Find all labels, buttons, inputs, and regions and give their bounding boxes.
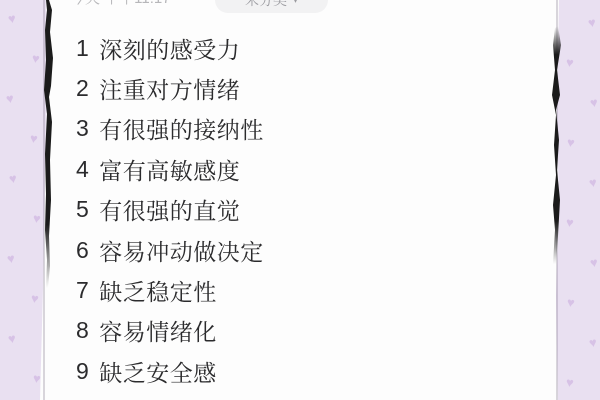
list-item: 9 缺乏安全感: [76, 351, 264, 391]
category-selector-button[interactable]: 未分类 ▾: [215, 0, 328, 13]
list-item: 8 容易情绪化: [76, 311, 264, 351]
item-number: 7: [76, 277, 89, 304]
item-number: 9: [76, 358, 89, 385]
item-text: 富有高敏感度: [99, 153, 240, 186]
note-meta-row: 今天 中午11:17 未分类 ▾: [0, 0, 600, 16]
list-item: 7 缺乏稳定性: [76, 270, 264, 310]
item-text: 有很强的直觉: [99, 193, 240, 226]
list-item: 3 有很强的接纳性: [76, 109, 264, 149]
item-text: 缺乏安全感: [99, 355, 217, 388]
note-timestamp: 今天 中午11:17: [70, 0, 171, 7]
item-number: 4: [76, 156, 89, 183]
item-number: 3: [76, 115, 89, 142]
list-item: 2 注重对方情绪: [76, 68, 264, 108]
trait-list: 1 深刻的感受力 2 注重对方情绪 3 有很强的接纳性 4 富有高敏感度 5 有…: [76, 28, 264, 392]
item-text: 容易冲动做决定: [99, 234, 264, 267]
list-item: 4 富有高敏感度: [76, 149, 264, 189]
item-text: 深刻的感受力: [99, 32, 240, 65]
list-item: 5 有很强的直觉: [76, 190, 264, 230]
item-number: 5: [76, 196, 89, 223]
list-item: 1 深刻的感受力: [76, 28, 264, 68]
list-item: 6 容易冲动做决定: [76, 230, 264, 270]
item-text: 有很强的接纳性: [99, 112, 264, 145]
item-number: 6: [76, 237, 89, 264]
item-text: 注重对方情绪: [99, 72, 240, 105]
chevron-down-icon: ▾: [293, 0, 298, 6]
item-number: 8: [76, 317, 89, 344]
note-content: 今天 中午11:17 未分类 ▾ 1 深刻的感受力 2 注重对方情绪 3 有很强…: [0, 0, 600, 400]
item-text: 容易情绪化: [99, 314, 217, 347]
category-label: 未分类: [245, 0, 287, 10]
item-text: 缺乏稳定性: [99, 274, 217, 307]
item-number: 2: [76, 75, 89, 102]
item-number: 1: [76, 35, 89, 62]
